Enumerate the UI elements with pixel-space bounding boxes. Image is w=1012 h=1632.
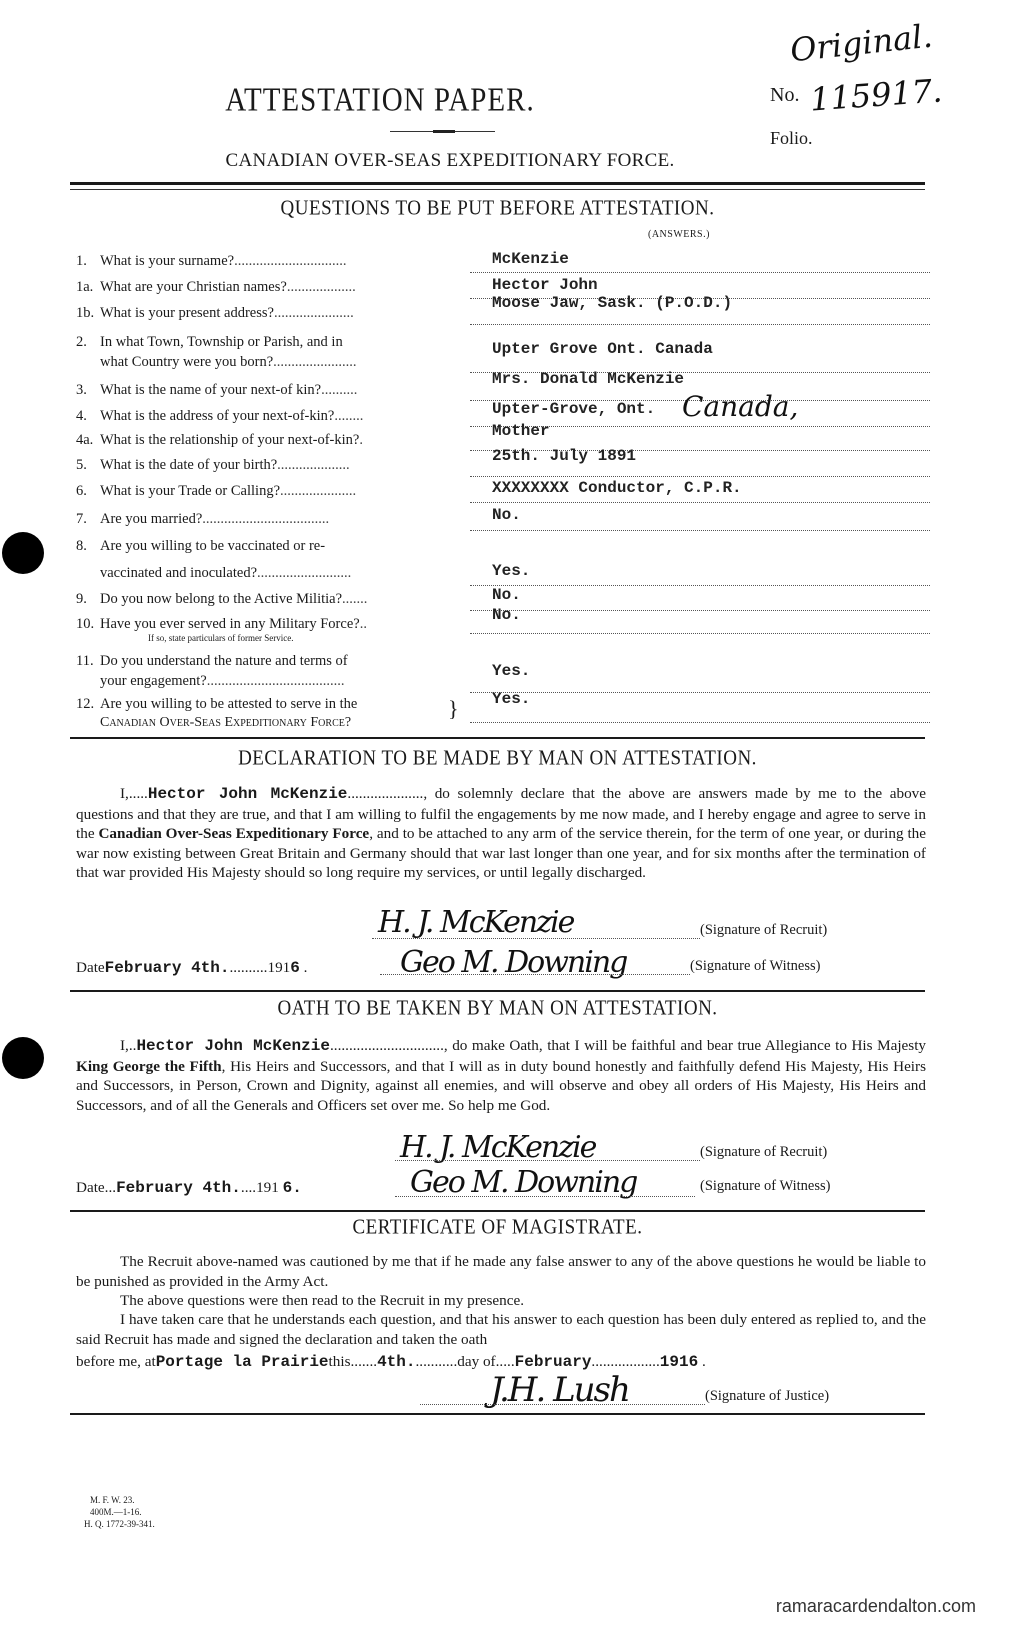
question-12-cont: Canadian Over-Seas Expeditionary Force? [100, 710, 466, 735]
question-8-cont: vaccinated and inoculated?..............… [100, 561, 466, 586]
form-code: M. F. W. 23. [90, 1494, 135, 1506]
answer-line [470, 324, 930, 325]
answer-willing-to-serve: Yes. [492, 690, 530, 708]
declaration-heading: DECLARATION TO BE MADE BY MAN ON ATTESTA… [70, 747, 925, 771]
day: 4th. [377, 1353, 415, 1371]
answer-trade: XXXXXXXX Conductor, C.P.R. [492, 479, 742, 497]
watermark: ramaracardendalton.com [776, 1596, 976, 1617]
question-1b: 1b.What is your present address?........… [76, 301, 466, 326]
page-title: ATTESTATION PAPER. [0, 82, 760, 120]
declaration-text: I,.....Hector John McKenzie.............… [76, 784, 926, 883]
question-10-note: If so, state particulars of former Servi… [148, 626, 538, 651]
answer-line [470, 692, 930, 693]
answers-header: (ANSWERS.) [648, 229, 710, 240]
signature-line [372, 938, 700, 939]
answer-surname: McKenzie [492, 250, 569, 268]
answer-militia: No. [492, 586, 521, 604]
signature-line [395, 1196, 695, 1197]
answer-line [470, 502, 930, 503]
answer-next-of-kin-address: Upter-Grove, Ont. [492, 400, 655, 418]
magistrate-para-2: The above questions were then read to th… [76, 1291, 926, 1311]
answer-christian-names: Hector John [492, 276, 598, 294]
witness-signature-label: (Signature of Witness) [700, 1178, 830, 1195]
answer-next-of-kin: Mrs. Donald McKenzie [492, 370, 684, 388]
answer-military-service: No. [492, 606, 521, 624]
answer-vaccinated: Yes. [492, 562, 530, 580]
questions-heading: QUESTIONS TO BE PUT BEFORE ATTESTATION. [70, 197, 925, 221]
page-subtitle: CANADIAN OVER-SEAS EXPEDITIONARY FORCE. [120, 150, 780, 172]
original-annotation: Original. [788, 17, 934, 70]
question-4a: 4a.What is the relationship of your next… [76, 428, 466, 453]
witness-signature: Geo M. Downing [410, 1165, 636, 1200]
punch-hole [2, 532, 44, 574]
justice-signature-label: (Signature of Justice) [705, 1388, 829, 1405]
question-8: 8.Are you willing to be vaccinated or re… [76, 534, 466, 559]
answer-birthplace: Upter Grove Ont. Canada [492, 340, 713, 358]
year: 1916 [660, 1353, 698, 1371]
question-6: 6.What is your Trade or Calling?........… [76, 479, 466, 504]
header-rule-thin [70, 189, 925, 190]
recruit-signature-label: (Signature of Recruit) [700, 922, 827, 939]
answer-line [470, 530, 930, 531]
handwritten-canada: Canada, [682, 390, 798, 423]
recruit-signature: H. J. McKenzie [378, 905, 573, 940]
oath-text: I,..Hector John McKenzie................… [76, 1036, 926, 1115]
form-code: 400M.—1-16. [90, 1506, 142, 1518]
answer-line [470, 722, 930, 723]
oath-heading: OATH TO BE TAKEN BY MAN ON ATTESTATION. [70, 997, 925, 1021]
punch-hole [2, 1037, 44, 1079]
answer-birth-date: 25th. July 1891 [492, 447, 636, 465]
answer-line [470, 610, 930, 611]
question-4: 4.What is the address of your next-of-ki… [76, 404, 466, 429]
question-5: 5.What is the date of your birth?.......… [76, 453, 466, 478]
form-code: H. Q. 1772-39-341. [84, 1518, 155, 1530]
number-label: No. [770, 84, 799, 107]
oath-name: Hector John McKenzie [136, 1037, 330, 1055]
place: Portage la Prairie [156, 1353, 329, 1371]
question-7: 7.Are you married?......................… [76, 507, 466, 532]
section-rule [70, 990, 925, 992]
header-rule [70, 182, 925, 185]
magistrate-para-1: The Recruit above-named was cautioned by… [76, 1252, 926, 1291]
magistrate-para-3: I have taken care that he understands ea… [76, 1310, 926, 1349]
answer-line [470, 585, 930, 586]
title-divider-ornament [433, 130, 455, 133]
question-1a: 1a.What are your Christian names?.......… [76, 275, 466, 300]
section-rule [70, 1210, 925, 1212]
section-rule [70, 737, 925, 739]
answer-present-address: Moose Jaw, Sask. (P.O.D.) [492, 294, 732, 312]
signature-line [380, 974, 690, 975]
answer-understand-terms: Yes. [492, 662, 530, 680]
answer-line [470, 272, 930, 273]
witness-signature-label: (Signature of Witness) [690, 958, 820, 975]
question-2-cont: what Country were you born?.............… [100, 350, 466, 375]
question-3: 3.What is the name of your next-of kin?.… [76, 378, 466, 403]
magistrate-heading: CERTIFICATE OF MAGISTRATE. [70, 1216, 925, 1240]
signature-line [420, 1404, 705, 1405]
section-rule [70, 1413, 925, 1415]
declaration-name: Hector John McKenzie [148, 785, 348, 803]
signature-line [395, 1160, 700, 1161]
declaration-date: DateFebruary 4th...........1916 . [76, 958, 416, 979]
answer-relationship: Mother [492, 422, 550, 440]
answer-line [470, 476, 930, 477]
question-1: 1.What is your surname?.................… [76, 249, 466, 274]
question-11-cont: your engagement?........................… [100, 669, 466, 694]
answer-married: No. [492, 506, 521, 524]
oath-date: Date...February 4th.....191 6. [76, 1178, 416, 1199]
answer-line [470, 633, 930, 634]
question-9: 9.Do you now belong to the Active Militi… [76, 587, 466, 612]
regimental-number: 115917. [809, 71, 944, 118]
month: February [515, 1353, 592, 1371]
folio-label: Folio. [770, 128, 813, 149]
struck-text: XXXXXXXX [492, 479, 569, 497]
recruit-signature-label: (Signature of Recruit) [700, 1144, 827, 1161]
brace: } [448, 698, 459, 720]
